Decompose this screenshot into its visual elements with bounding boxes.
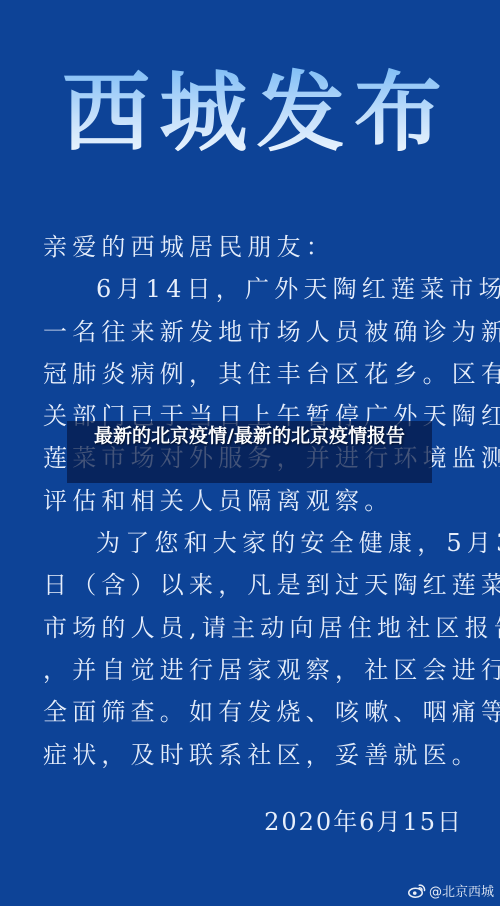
notice-body: 亲爱的西城居民朋友： 6月14日，广外天陶红莲菜市场有 一名往来新发地市场人员被… — [43, 226, 468, 776]
weibo-watermark: @北京西城 — [408, 881, 494, 900]
watermark-handle: @北京西城 — [429, 881, 494, 900]
title-char: 城 — [159, 65, 247, 159]
body-line: 6月14日，广外天陶红莲菜市场有 — [43, 268, 468, 310]
body-line: 冠肺炎病例，其住丰台区花乡。区有 — [43, 353, 468, 395]
body-line: 一名往来新发地市场人员被确诊为新 — [43, 311, 468, 353]
body-line: 评估和相关人员隔离观察。 — [43, 480, 468, 522]
body-line: 症状，及时联系社区，妥善就医。 — [43, 734, 468, 776]
body-line: 市场的人员,请主动向居住地社区报告 — [43, 607, 468, 649]
title-char: 西 — [62, 65, 150, 159]
weibo-icon — [408, 883, 426, 898]
title-char: 发 — [257, 65, 345, 159]
body-line: ，并自觉进行居家观察，社区会进行 — [43, 649, 468, 691]
greeting: 亲爱的西城居民朋友： — [43, 226, 468, 268]
notice-date: 2020年6月15日 — [264, 802, 463, 837]
poster-title: 西 城 发 布 — [62, 60, 442, 165]
title-char: 布 — [354, 65, 442, 159]
body-line: 为了您和大家的安全健康，5月30 — [43, 522, 468, 564]
body-line: 日（含）以来，凡是到过天陶红莲菜 — [43, 564, 468, 606]
body-line: 全面筛查。如有发烧、咳嗽、咽痛等 — [43, 691, 468, 733]
caption-text: 最新的北京疫情/最新的北京疫情报告 — [67, 424, 432, 448]
